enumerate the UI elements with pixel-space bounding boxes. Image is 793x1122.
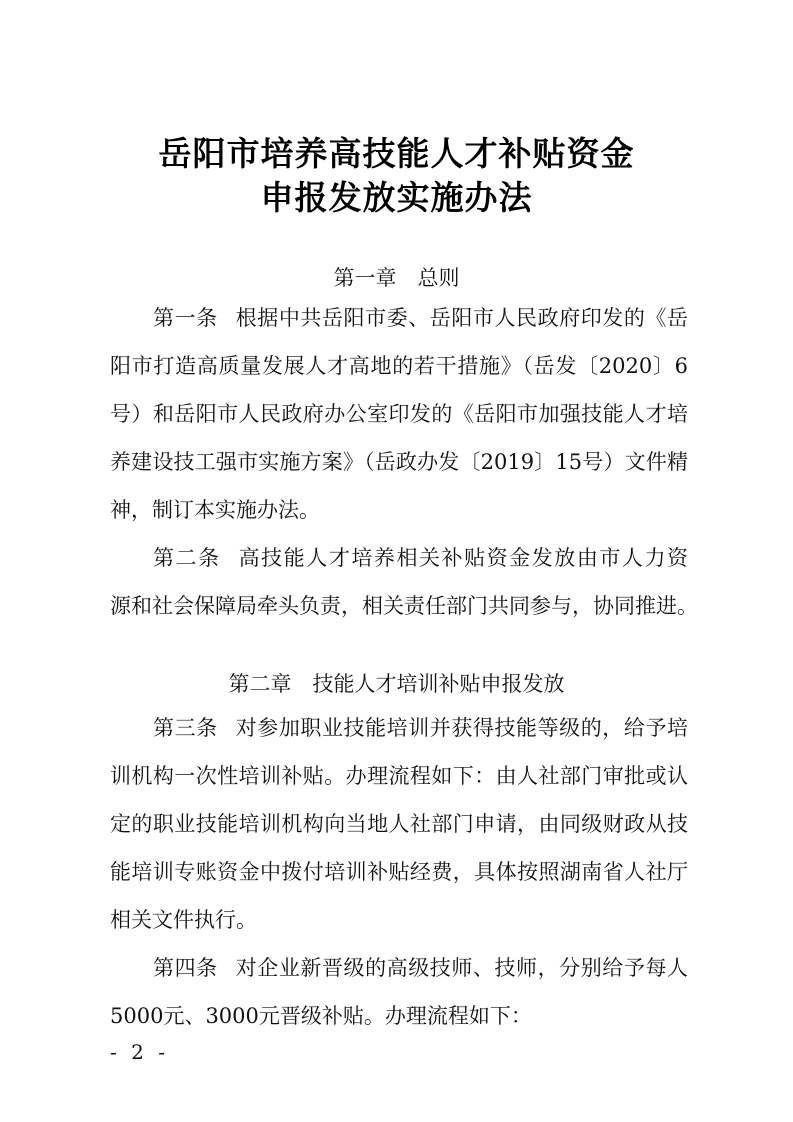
chapter-1-heading: 第一章 总则 <box>0 262 793 292</box>
article-3-label: 第三条 <box>153 716 218 740</box>
article-3-line-5: 相关文件执行。 <box>110 904 688 936</box>
article-3-line-2: 训机构一次性培训补贴。办理流程如下：由人社部门审批或认 <box>110 760 688 792</box>
document-title-line-1: 岳阳市培养高技能人才补贴资金 <box>0 128 793 175</box>
article-4-line-1: 第四条对企业新晋级的高级技师、技师，分别给予每人 <box>153 952 688 984</box>
article-4-label: 第四条 <box>153 956 218 980</box>
article-2-label: 第二条 <box>153 546 221 570</box>
page-number: - 2 - <box>110 1040 169 1064</box>
article-1-line-5: 神，制订本实施办法。 <box>110 494 688 526</box>
article-2-line-2: 源和社会保障局牵头负责，相关责任部门共同参与，协同推进。 <box>110 590 688 622</box>
article-3-line-3: 定的职业技能培训机构向当地人社部门申请，由同级财政从技 <box>110 808 688 840</box>
article-3-line-1: 第三条对参加职业技能培训并获得技能等级的，给予培 <box>153 712 688 744</box>
chapter-2-heading: 第二章 技能人才培训补贴申报发放 <box>0 668 793 698</box>
article-2-line-1: 第二条高技能人才培养相关补贴资金发放由市人力资 <box>153 542 688 574</box>
article-1-line-2: 阳市打造高质量发展人才高地的若干措施》（岳发〔2020〕6 <box>110 350 688 382</box>
article-4-line-2: 5000元、3000元晋级补贴。办理流程如下： <box>110 1000 688 1032</box>
article-1-line-4: 养建设技工强市实施方案》（岳政办发〔2019〕15号）文件精 <box>110 446 688 478</box>
article-1-line-1: 第一条根据中共岳阳市委、岳阳市人民政府印发的《岳 <box>153 302 688 334</box>
article-1-line-3: 号）和岳阳市人民政府办公室印发的《岳阳市加强技能人才培 <box>110 398 688 430</box>
article-1-label: 第一条 <box>153 306 218 330</box>
article-3-line-4: 能培训专账资金中拨付培训补贴经费，具体按照湖南省人社厅 <box>110 856 688 888</box>
document-title-line-2: 申报发放实施办法 <box>0 172 793 219</box>
